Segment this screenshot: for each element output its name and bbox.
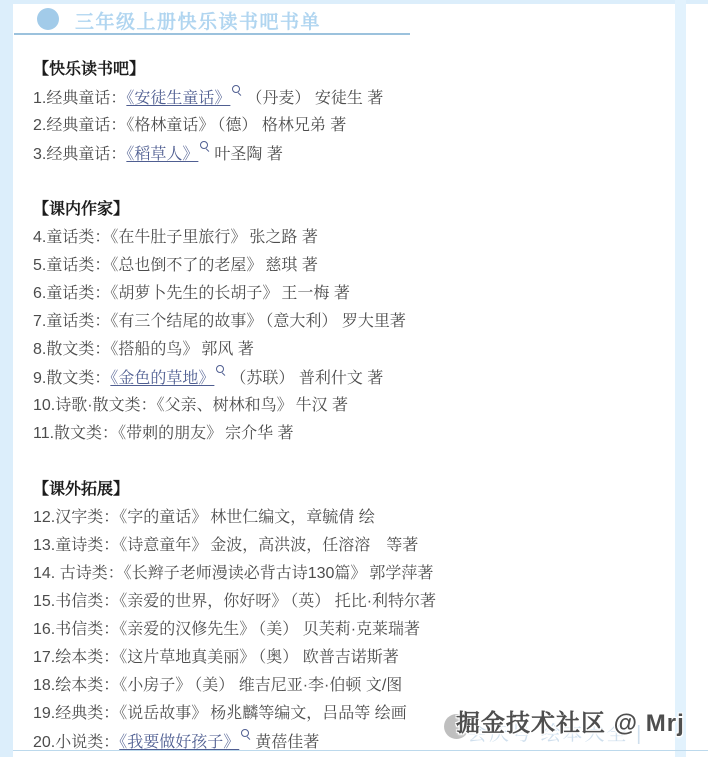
book-title: 《在牛肚子里旅行》 — [110, 229, 246, 246]
book-title: 《亲爱的汉修先生》 — [119, 621, 255, 638]
book-category-label: 12.汉字类： — [33, 509, 119, 526]
book-author: 宗介华 著 — [225, 425, 293, 442]
search-icon-handle — [247, 736, 251, 740]
book-author: （美） 贝芙莉·克莱瑞著 — [258, 621, 420, 638]
book-category-label: 3.经典童话： — [33, 146, 126, 163]
book-title: 《有三个结尾的故事》 — [110, 313, 262, 330]
book-row: 15.书信类：《亲爱的世界，你好呀》（英） 托比·利特尔著 — [33, 588, 663, 616]
header-underline — [14, 33, 410, 35]
book-row: 18.绘本类：《小房子》（美） 维吉尼亚·李·伯顿 文/图 — [33, 672, 663, 700]
frame-left-strip — [0, 0, 13, 757]
book-category-label: 18.绘本类： — [33, 677, 119, 694]
book-row: 1.经典童话：《安徒生童话》（丹麦） 安徒生 著 — [33, 84, 663, 112]
book-title: 《胡萝卜先生的长胡子》 — [110, 285, 278, 302]
book-row: 3.经典童话：《稻草人》叶圣陶 著 — [33, 140, 663, 168]
page-title: 三年级上册快乐读书吧书单 — [75, 7, 321, 34]
book-row: 9.散文类：《金色的草地》（苏联） 普利什文 著 — [33, 364, 663, 392]
book-row: 17.绘本类：《这片草地真美丽》（奥） 欧普吉诺斯著 — [33, 644, 663, 672]
book-author: 慈琪 著 — [265, 257, 317, 274]
book-author: 王一梅 著 — [281, 285, 349, 302]
book-title: 《小房子》 — [119, 677, 191, 694]
book-category-label: 5.童话类： — [33, 257, 110, 274]
search-icon[interactable] — [199, 140, 210, 153]
book-title: 《带刺的朋友》 — [118, 425, 222, 442]
frame-right-strip — [675, 0, 686, 757]
book-category-label: 6.童话类： — [33, 285, 110, 302]
book-author: （德） 格林兄弟 著 — [217, 117, 346, 134]
book-title-link[interactable]: 《我要做好孩子》 — [119, 734, 239, 751]
book-title: 《搭船的鸟》 — [110, 341, 198, 358]
search-icon-handle — [222, 372, 226, 376]
book-category-label: 14. 古诗类： — [33, 565, 124, 582]
book-row: 7.童话类：《有三个结尾的故事》（意大利） 罗大里著 — [33, 308, 663, 336]
book-author: （奥） 欧普吉诺斯著 — [258, 649, 398, 666]
search-icon[interactable] — [231, 84, 242, 97]
bullet-dot-icon — [37, 8, 59, 30]
book-author: （美） 维吉尼亚·李·伯顿 文/图 — [194, 677, 402, 694]
book-category-label: 16.书信类： — [33, 621, 119, 638]
book-category-label: 13.童诗类： — [33, 537, 119, 554]
section-heading: 【快乐读书吧】 — [33, 56, 663, 84]
book-category-label: 4.童话类： — [33, 229, 110, 246]
book-author: 牛汉 著 — [296, 397, 348, 414]
search-icon-handle — [238, 92, 242, 96]
frame-top-strip — [0, 0, 708, 4]
book-category-label: 11.散文类： — [33, 425, 118, 442]
book-category-label: 10.诗歌·散文类： — [33, 397, 157, 414]
book-row: 10.诗歌·散文类：《父亲、树林和鸟》牛汉 著 — [33, 392, 663, 420]
book-row: 2.经典童话：《格林童话》（德） 格林兄弟 著 — [33, 112, 663, 140]
section-heading: 【课内作家】 — [33, 196, 663, 224]
book-author: 郭学萍著 — [369, 565, 433, 582]
book-category-label: 15.书信类： — [33, 593, 119, 610]
book-title-link[interactable]: 《稻草人》 — [126, 146, 198, 163]
book-author: 叶圣陶 著 — [214, 146, 282, 163]
book-category-label: 20.小说类： — [33, 734, 119, 751]
book-row: 14. 古诗类：《长辫子老师漫读必背古诗130篇》郭学萍著 — [33, 560, 663, 588]
book-author: 金波，高洪波，任溶溶 等著 — [210, 537, 418, 554]
book-author: （苏联） 普利什文 著 — [230, 370, 383, 387]
book-title: 《说岳故事》 — [119, 705, 207, 722]
watermark-text: 掘金技术社区 @ Mrj — [456, 703, 685, 738]
book-row: 12.汉字类：《字的童话》林世仁编文，章毓倩 绘 — [33, 504, 663, 532]
book-category-label: 8.散文类： — [33, 341, 110, 358]
book-row: 11.散文类：《带刺的朋友》宗介华 著 — [33, 420, 663, 448]
book-category-label: 9.散文类： — [33, 370, 110, 387]
book-title: 《这片草地真美丽》 — [119, 649, 255, 666]
book-row: 13.童诗类：《诗意童年》金波，高洪波，任溶溶 等著 — [33, 532, 663, 560]
book-row: 4.童话类：《在牛肚子里旅行》张之路 著 — [33, 224, 663, 252]
book-author: 黄蓓佳著 — [255, 734, 319, 751]
book-list: 【快乐读书吧】1.经典童话：《安徒生童话》（丹麦） 安徒生 著2.经典童话：《格… — [33, 56, 663, 756]
section-heading: 【课外拓展】 — [33, 476, 663, 504]
book-author: 杨兆麟等编文，吕品等 绘画 — [210, 705, 406, 722]
book-author: （丹麦） 安徒生 著 — [246, 90, 383, 107]
book-author: 林世仁编文，章毓倩 绘 — [210, 509, 374, 526]
search-icon-handle — [206, 148, 210, 152]
book-row: 6.童话类：《胡萝卜先生的长胡子》王一梅 著 — [33, 280, 663, 308]
book-category-label: 17.绘本类： — [33, 649, 119, 666]
book-row: 16.书信类：《亲爱的汉修先生》（美） 贝芙莉·克莱瑞著 — [33, 616, 663, 644]
book-category-label: 1.经典童话： — [33, 90, 126, 107]
book-author: 张之路 著 — [249, 229, 317, 246]
book-category-label: 7.童话类： — [33, 313, 110, 330]
book-title: 《父亲、树林和鸟》 — [157, 397, 293, 414]
book-author: （英） 托比·利特尔著 — [290, 593, 436, 610]
book-category-label: 19.经典类： — [33, 705, 119, 722]
book-title-link[interactable]: 《安徒生童话》 — [126, 90, 230, 107]
book-row: 8.散文类：《搭船的鸟》郭风 著 — [33, 336, 663, 364]
book-author: 郭风 著 — [201, 341, 253, 358]
book-author: （意大利） 罗大里著 — [265, 313, 405, 330]
book-title: 《长辫子老师漫读必背古诗130篇》 — [124, 565, 367, 582]
search-icon[interactable] — [240, 728, 251, 741]
book-title: 《总也倒不了的老屋》 — [110, 257, 262, 274]
book-title: 《格林童话》 — [126, 117, 214, 134]
book-title: 《诗意童年》 — [119, 537, 207, 554]
book-category-label: 2.经典童话： — [33, 117, 126, 134]
book-row: 5.童话类：《总也倒不了的老屋》慈琪 著 — [33, 252, 663, 280]
search-icon[interactable] — [215, 364, 226, 377]
book-title-link[interactable]: 《金色的草地》 — [110, 370, 214, 387]
book-title: 《字的童话》 — [119, 509, 207, 526]
book-title: 《亲爱的世界，你好呀》 — [119, 593, 287, 610]
